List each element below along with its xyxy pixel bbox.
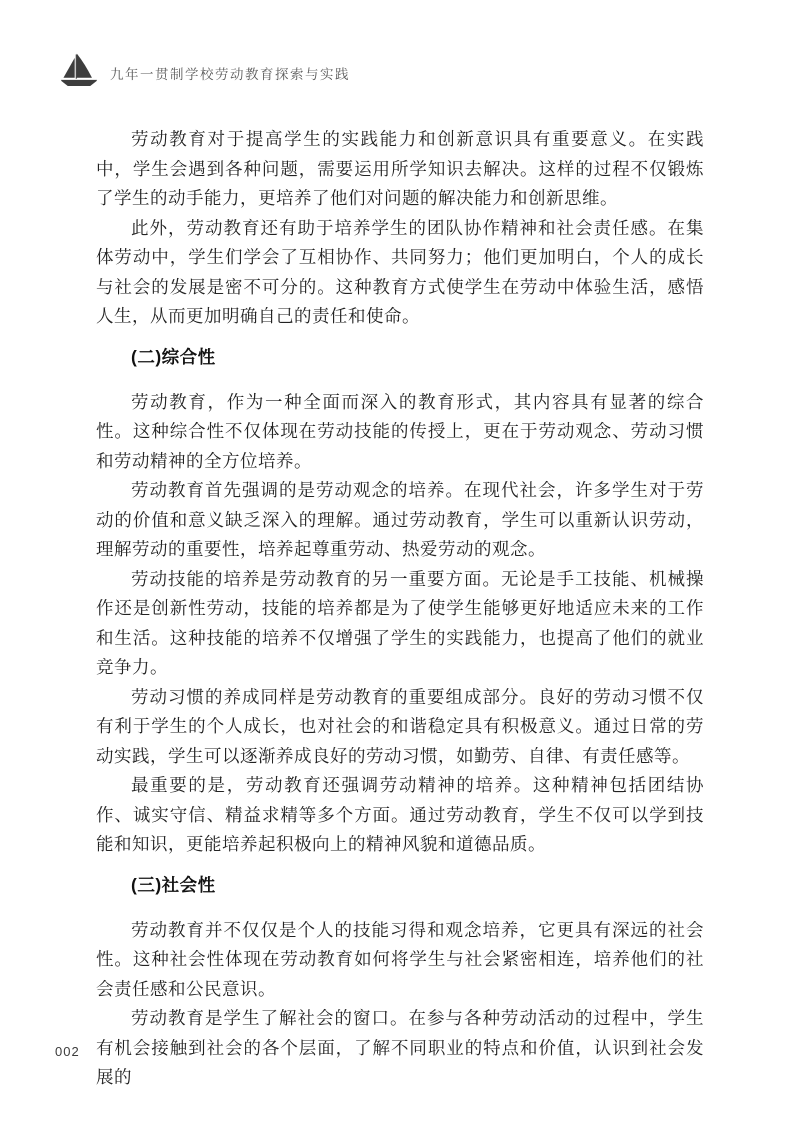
page-footer: 002 xyxy=(55,1044,80,1059)
paragraph-labor-skills: 劳动技能的培养是劳动教育的另一重要方面。无论是手工技能、机械操作还是创新性劳动，… xyxy=(96,565,704,683)
paragraph-comprehensive-form: 劳动教育，作为一种全面而深入的教育形式，其内容具有显著的综合性。这种综合性不仅体… xyxy=(96,388,704,477)
paragraph-teamwork: 此外，劳动教育还有助于培养学生的团队协作精神和社会责任感。在集体劳动中，学生们学… xyxy=(96,214,704,332)
section-heading-comprehensiveness: (二)综合性 xyxy=(96,342,704,372)
page-number: 002 xyxy=(55,1044,80,1059)
paragraph-social-nature: 劳动教育并不仅仅是个人的技能习得和观念培养，它更具有深远的社会性。这种社会性体现… xyxy=(96,916,704,1005)
running-book-title: 九年一贯制学校劳动教育探索与实践 xyxy=(110,57,350,83)
paragraph-practice-ability: 劳动教育对于提高学生的实践能力和创新意识具有重要意义。在实践中，学生会遇到各种问… xyxy=(96,125,704,214)
paragraph-labor-spirit: 最重要的是，劳动教育还强调劳动精神的培养。这种精神包括团结协作、诚实守信、精益求… xyxy=(96,771,704,860)
paragraph-labor-concept: 劳动教育首先强调的是劳动观念的培养。在现代社会，许多学生对于劳动的价值和意义缺乏… xyxy=(96,476,704,565)
page-body: 劳动教育对于提高学生的实践能力和创新意识具有重要意义。在实践中，学生会遇到各种问… xyxy=(96,125,704,1093)
book-page: 九年一贯制学校劳动教育探索与实践 劳动教育对于提高学生的实践能力和创新意识具有重… xyxy=(0,0,799,1129)
section-heading-sociality: (三)社会性 xyxy=(96,870,704,900)
sailboat-icon xyxy=(60,52,98,88)
page-header: 九年一贯制学校劳动教育探索与实践 xyxy=(60,52,350,88)
paragraph-window-to-society: 劳动教育是学生了解社会的窗口。在参与各种劳动活动的过程中，学生有机会接触到社会的… xyxy=(96,1004,704,1093)
paragraph-labor-habits: 劳动习惯的养成同样是劳动教育的重要组成部分。良好的劳动习惯不仅有利于学生的个人成… xyxy=(96,683,704,772)
